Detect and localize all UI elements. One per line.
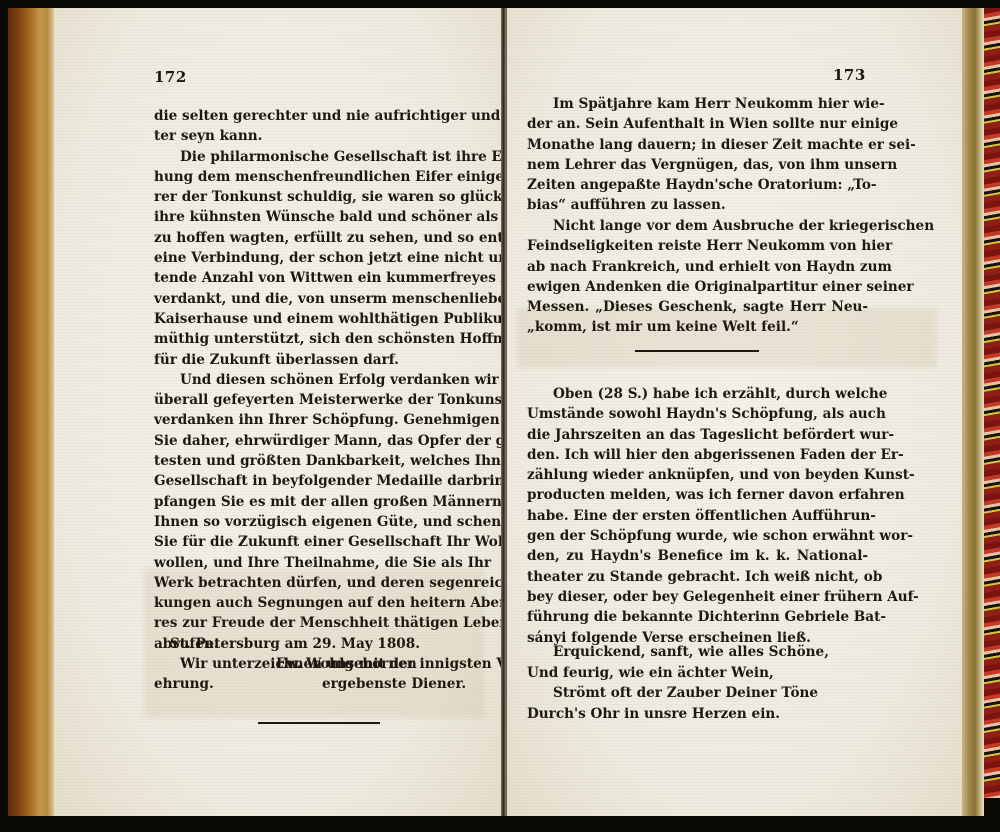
- text-line: Umstände sowohl Haydn's Schöpfung, als a…: [527, 404, 868, 424]
- text-line: zu hoffen wagten, erfüllt zu sehen, und …: [154, 228, 491, 248]
- section-rule: [635, 350, 759, 352]
- text-line: die selten gerechter und nie aufrichtige…: [154, 106, 491, 126]
- text-line: den, zu Haydn's Benefice im k. k. Nation…: [527, 546, 868, 566]
- verse-line: Durch's Ohr in unsre Herzen ein.: [527, 704, 829, 725]
- text-line: gen der Schöpfung wurde, wie schon erwäh…: [527, 526, 868, 546]
- text-line: der an. Sein Aufenthalt in Wien sollte n…: [527, 114, 868, 134]
- text-line: Monathe lang dauern; in dieser Zeit mach…: [527, 135, 868, 155]
- text-line: überall gefeyerten Meisterwerke der Tonk…: [154, 390, 491, 410]
- text-line: Sie daher, ehrwürdiger Mann, das Opfer d…: [154, 431, 491, 451]
- text-line: ewigen Andenken die Originalpartitur ein…: [527, 277, 868, 297]
- marbled-cover-edge: [984, 8, 1000, 798]
- text-line: testen und größten Dankbarkeit, welches …: [154, 451, 491, 471]
- text-line: die Jahrszeiten an das Tageslicht beförd…: [527, 425, 868, 445]
- text-line: Zeiten angepaßte Haydn'sche Oratorium: „…: [527, 175, 868, 195]
- text-line: eine Verbindung, der schon jetzt eine ni…: [154, 248, 491, 268]
- text-line: Im Spätjahre kam Herr Neukomm hier wie-: [527, 94, 868, 114]
- page-left: 172 die selten gerechter und nie aufrich…: [54, 8, 503, 816]
- salutation: Ew. Wohlgebornen: [276, 654, 417, 674]
- verse-line: Strömt oft der Zauber Deiner Töne: [527, 683, 829, 704]
- right-paragraph-2: Nicht lange vor dem Ausbruche der kriege…: [527, 216, 868, 338]
- text-line: ihre kühnsten Wünsche bald und schöner a…: [154, 207, 491, 227]
- poem: Erquickend, sanft, wie alles Schöne, Und…: [527, 642, 829, 724]
- text-line: ab nach Frankreich, und erhielt von Hayd…: [527, 257, 868, 277]
- right-paragraph-1: Im Spätjahre kam Herr Neukomm hier wie- …: [527, 94, 868, 216]
- text-line: theater zu Stande gebracht. Ich weiß nic…: [527, 567, 868, 587]
- text-line: wollen, und Ihre Theilnahme, die Sie als…: [154, 553, 491, 573]
- page-number-right: 173: [833, 66, 866, 84]
- text-line: ter seyn kann.: [154, 126, 491, 146]
- text-line: bey dieser, oder bey Gelegenheit einer f…: [527, 587, 868, 607]
- page-right: 173 Im Spätjahre kam Herr Neukomm hier w…: [506, 8, 963, 816]
- text-line: Sie für die Zukunft einer Gesellschaft I…: [154, 532, 491, 552]
- text-line: Kaiserhause und einem wohlthätigen Publi…: [154, 309, 491, 329]
- text-line: pfangen Sie es mit der allen großen Männ…: [154, 492, 491, 512]
- text-line: Gesellschaft in beyfolgender Medaille da…: [154, 471, 491, 491]
- text-line: nem Lehrer das Vergnügen, das, von ihm u…: [527, 155, 868, 175]
- text-line: zählung wieder anknüpfen, und von beyden…: [527, 465, 868, 485]
- text-line: verdanken ihn Ihrer Schöpfung. Genehmige…: [154, 410, 491, 430]
- text-line: habe. Eine der ersten öffentlichen Auffü…: [527, 506, 868, 526]
- text-line: für die Zukunft überlassen darf.: [154, 350, 491, 370]
- text-line: Ihnen so vorzügisch eigenen Güte, und sc…: [154, 512, 491, 532]
- text-line: Werk betrachten dürfen, und deren segenr…: [154, 573, 491, 593]
- text-line: Feindseligkeiten reiste Herr Neukomm von…: [527, 236, 868, 256]
- text-line: Nicht lange vor dem Ausbruche der kriege…: [527, 216, 868, 236]
- closing: ergebenste Diener.: [322, 674, 466, 694]
- section-rule: [258, 722, 380, 724]
- right-paragraph-3: Oben (28 S.) habe ich erzählt, durch wel…: [527, 384, 868, 648]
- page-number-left: 172: [154, 68, 187, 86]
- text-line: führung die bekannte Dichterinn Gebriele…: [527, 607, 868, 627]
- text-line: Die philarmonische Gesellschaft ist ihre…: [154, 147, 491, 167]
- book-fore-edge-right: [962, 8, 984, 816]
- text-line: kungen auch Segnungen auf den heitern Ab…: [154, 593, 491, 613]
- text-line: producten melden, was ich ferner davon e…: [527, 485, 868, 505]
- text-line: müthig unterstützt, sich den schönsten H…: [154, 329, 491, 349]
- text-line: den. Ich will hier den abgerissenen Fade…: [527, 445, 868, 465]
- verse-line: Erquickend, sanft, wie alles Schöne,: [527, 642, 829, 663]
- text-line: Oben (28 S.) habe ich erzählt, durch wel…: [527, 384, 868, 404]
- dateline: St. Petersburg am 29. May 1808.: [170, 634, 420, 654]
- text-line: bias“ aufführen zu lassen.: [527, 195, 868, 215]
- text-line: hung dem menschenfreundlichen Eifer eini…: [154, 167, 491, 187]
- text-line: Messen. „Dieses Geschenk, sagte Herr Neu…: [527, 297, 868, 317]
- text-line: rer der Tonkunst schuldig, sie waren so …: [154, 187, 491, 207]
- verse-line: Und feurig, wie ein ächter Wein,: [527, 663, 829, 684]
- text-line: „komm, ist mir um keine Welt feil.“: [527, 317, 868, 337]
- open-book: 172 die selten gerechter und nie aufrich…: [0, 0, 1000, 832]
- left-body-text: die selten gerechter und nie aufrichtige…: [154, 106, 491, 695]
- text-line: res zur Freude der Menschheit thätigen L…: [154, 613, 491, 633]
- text-line: verdankt, und die, von unserm menschenli…: [154, 289, 491, 309]
- book-fore-edge-left: [8, 8, 54, 816]
- text-line: Und diesen schönen Erfolg verdanken wir …: [154, 370, 491, 390]
- text-line: tende Anzahl von Wittwen ein kummerfreye…: [154, 268, 491, 288]
